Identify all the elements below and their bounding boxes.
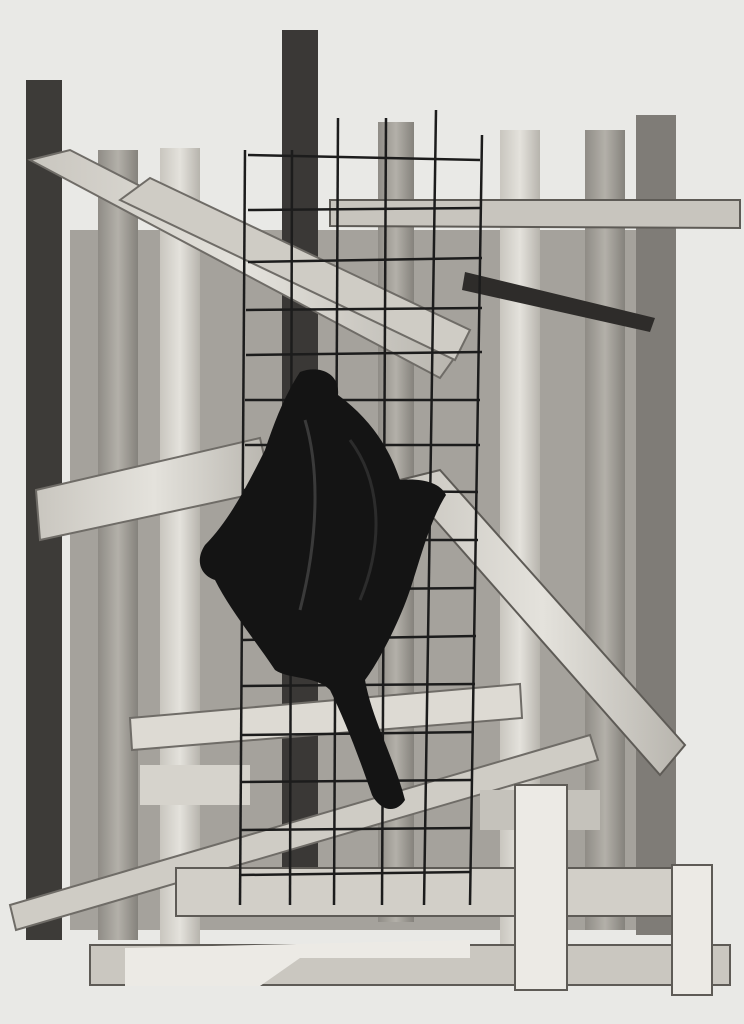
assemblage-photo — [0, 0, 744, 1024]
